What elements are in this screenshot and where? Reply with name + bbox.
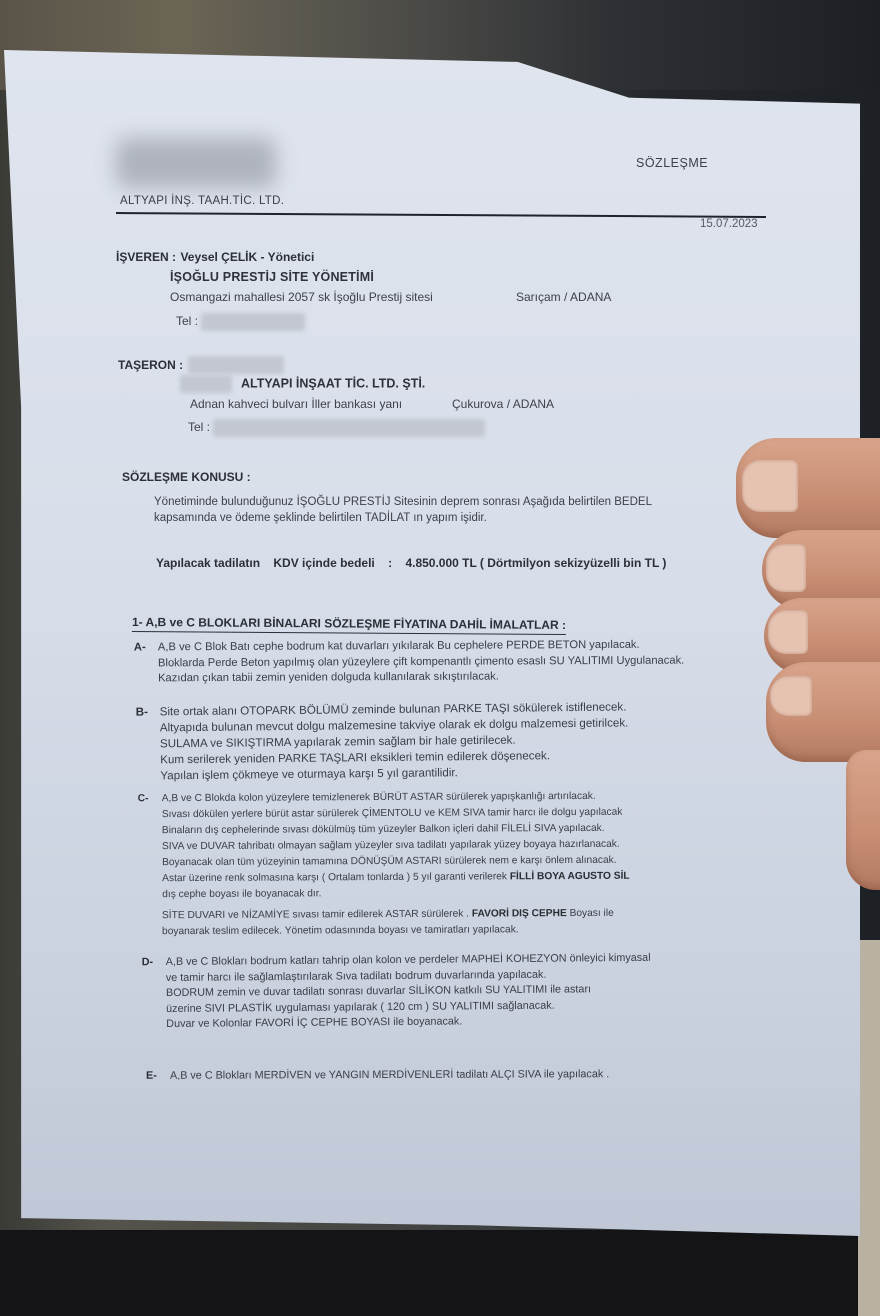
contractor-company: ALTYAPI İNŞAAT TİC. LTD. ŞTİ.	[180, 375, 425, 393]
item-line-text: Boyası ile	[567, 908, 614, 919]
price-value: 4.850.000 TL ( Dörtmilyon sekizyüzelli b…	[405, 556, 666, 570]
price-label: Yapılacak tadilatın	[156, 556, 260, 570]
item-line: dış cephe boyası ile boyanacak dır.	[162, 885, 630, 903]
redacted-phone	[201, 313, 305, 331]
work-item-d: D- A,B ve C Blokları bodrum katları tahr…	[142, 951, 652, 1033]
redacted-company-prefix	[180, 375, 232, 393]
work-item-b: B- Site ortak alanı OTOPARK BÖLÜMÜ zemin…	[136, 699, 629, 784]
document-date: 15.07.2023	[700, 218, 758, 230]
letterhead-company: ALTYAPI İNŞ. TAAH.TİC. LTD.	[120, 195, 284, 207]
price-separator: :	[388, 556, 392, 570]
item-line: boyanarak teslim edilecek. Yönetim odası…	[162, 922, 614, 940]
contractor-address: Adnan kahveci bulvarı İller bankası yanı	[190, 397, 402, 411]
palm	[846, 750, 880, 890]
employer-city: Sarıçam / ADANA	[516, 290, 611, 304]
contractor-city: Çukurova / ADANA	[452, 397, 554, 411]
price-row: Yapılacak tadilatın KDV içinde bedeli : …	[156, 556, 676, 570]
item-line-text: Astar üzerine renk solmasına karşı ( Ort…	[162, 871, 510, 884]
redacted-phone	[213, 419, 485, 437]
contract-document: SÖZLEŞME ALTYAPI İNŞ. TAAH.TİC. LTD. 15.…	[4, 50, 860, 1242]
contractor-heading: TAŞERON :	[118, 356, 284, 374]
redacted-contractor-name	[188, 356, 284, 374]
work-item-c-sub: SİTE DUVARI ve NİZAMİYE sıvası tamir edi…	[162, 906, 614, 940]
item-letter: C-	[138, 791, 163, 903]
contractor-phone-label: Tel :	[188, 420, 210, 434]
employer-phone: Tel :	[176, 313, 305, 331]
thumb	[736, 438, 880, 538]
subject-line: kapsamında ve ödeme şeklinde belirtilen …	[154, 510, 754, 526]
item-line-with-bold: Astar üzerine renk solmasına karşı ( Ort…	[162, 869, 630, 887]
item-letter: A-	[134, 640, 158, 687]
item-line: A,B ve C Blokları MERDİVEN ve YANGIN MER…	[170, 1067, 609, 1084]
work-item-c: C- A,B ve C Blokda kolon yüzeylere temiz…	[138, 789, 630, 904]
subject-title: SÖZLEŞME KONUSU :	[122, 470, 251, 484]
fingernail	[768, 610, 808, 654]
fingernail	[770, 676, 812, 716]
employer-label: İŞVEREN :	[116, 250, 176, 264]
thumbnail	[742, 460, 798, 512]
subject-line: Yönetiminde bulunduğunuz İŞOĞLU PRESTİJ …	[154, 494, 754, 510]
paint-brand: FİLLİ BOYA AGUSTO SİL	[510, 871, 630, 883]
item-line-text: SİTE DUVARI ve NİZAMİYE sıvası tamir edi…	[162, 909, 472, 922]
contractor-phone: Tel :	[188, 419, 485, 437]
document-title: SÖZLEŞME	[636, 156, 708, 170]
redacted-logo	[116, 138, 276, 188]
fingernail	[766, 544, 806, 592]
employer-heading: İŞVEREN : Veysel ÇELİK - Yönetici	[116, 248, 314, 266]
paint-brand: FAVORİ DIŞ CEPHE	[472, 908, 567, 919]
employer-person: Veysel ÇELİK - Yönetici	[180, 250, 314, 264]
subject-body: Yönetiminde bulunduğunuz İŞOĞLU PRESTİJ …	[154, 494, 754, 526]
price-vat-label: KDV içinde bedeli	[273, 556, 374, 570]
header-divider	[116, 212, 766, 218]
section-heading: 1- A,B ve C BLOKLARI BİNALARI SÖZLEŞME F…	[132, 615, 566, 635]
work-item-e: E- A,B ve C Blokları MERDİVEN ve YANGIN …	[146, 1067, 609, 1084]
background-right-strip	[858, 940, 880, 1316]
item-line: Duvar ve Kolonlar FAVORİ İÇ CEPHE BOYASI…	[166, 1013, 651, 1033]
finger	[766, 662, 880, 762]
hand-holding-paper	[736, 430, 880, 890]
item-letter: E-	[146, 1069, 170, 1085]
item-letter: D-	[142, 955, 167, 1033]
work-item-a: A- A,B ve C Blok Batı cephe bodrum kat d…	[134, 638, 685, 687]
contractor-company-name: ALTYAPI İNŞAAT TİC. LTD. ŞTİ.	[241, 376, 425, 390]
item-line: Bloklarda Perde Beton yapılmış olan yüze…	[158, 653, 684, 671]
item-line-with-bold: SİTE DUVARI ve NİZAMİYE sıvası tamir edi…	[162, 906, 614, 924]
contract-paper: SÖZLEŞME ALTYAPI İNŞ. TAAH.TİC. LTD. 15.…	[4, 50, 860, 1242]
employer-organization: İŞOĞLU PRESTİJ SİTE YÖNETİMİ	[170, 270, 374, 284]
employer-address: Osmangazi mahallesi 2057 sk İşoğlu Prest…	[170, 290, 433, 304]
item-line: Kazıdan çıkan tabii zemin yeniden dolgud…	[158, 669, 684, 687]
contractor-label: TAŞERON :	[118, 358, 183, 372]
background-bottom	[0, 1230, 880, 1316]
item-letter: B-	[136, 704, 161, 784]
employer-phone-label: Tel :	[176, 314, 198, 328]
